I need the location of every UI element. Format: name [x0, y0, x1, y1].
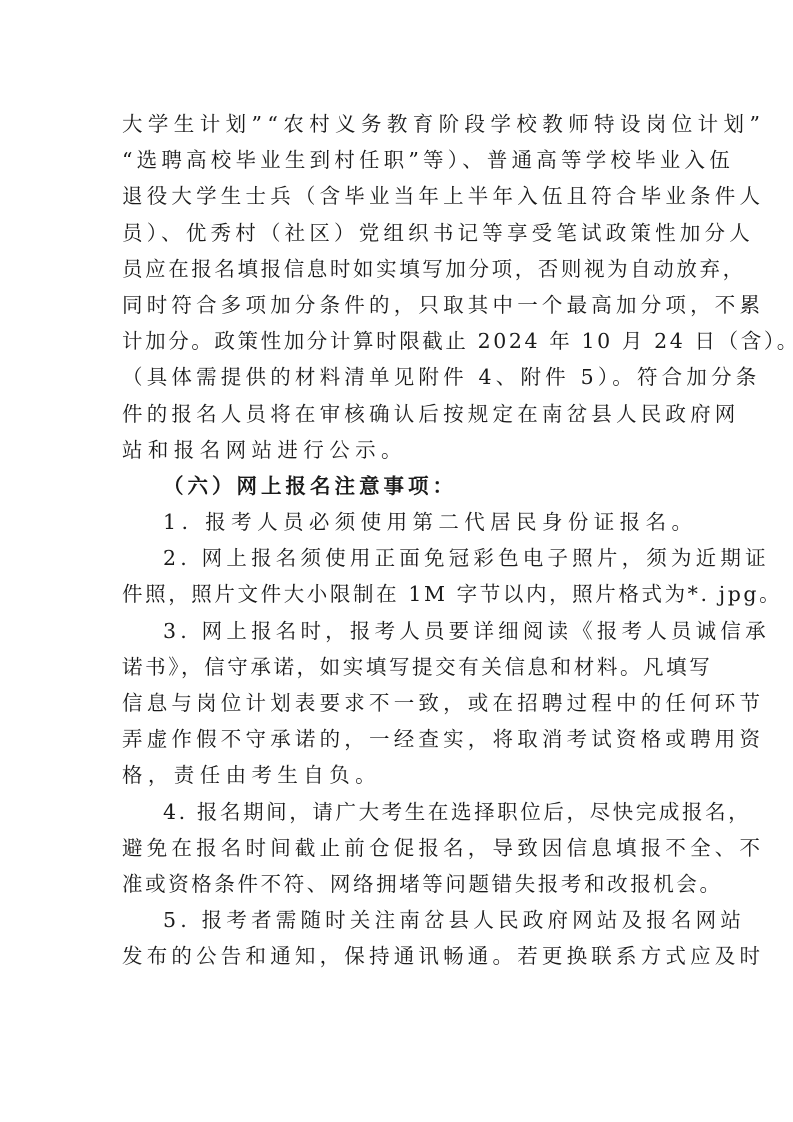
text-line: 5. 报考者需随时关注南岔县人民政府网站及报名网站 — [122, 902, 678, 938]
text-line: 件的报名人员将在审核确认后按规定在南岔县人民政府网 — [122, 396, 678, 432]
text-line: 退役大学生士兵（含毕业当年上半年入伍且符合毕业条件人 — [122, 178, 678, 214]
text-line: 弄虚作假不守承诺的，一经查实，将取消考试资格或聘用资 — [122, 721, 678, 757]
list-item-3: 3. 网上报名时，报考人员要详细阅读《报考人员诚信承 诺书》，信守承诺，如实填写… — [122, 613, 678, 794]
text-line: 计加分。政策性加分计算时限截止 2024 年 10 月 24 日（含）。 — [122, 323, 678, 359]
text-line: 员）、优秀村（社区）党组织书记等享受笔试政策性加分人 — [122, 215, 678, 251]
text-line: 2. 网上报名须使用正面免冠彩色电子照片，须为近期证 — [122, 540, 678, 576]
text-line: 准或资格条件不符、网络拥堵等问题错失报考和改报机会。 — [122, 866, 678, 902]
text-line: 避免在报名时间截止前仓促报名，导致因信息填报不全、不 — [122, 830, 678, 866]
list-item-2: 2. 网上报名须使用正面免冠彩色电子照片，须为近期证 件照，照片文件大小限制在 … — [122, 540, 678, 612]
document-body: 大学生计划”“农村义务教育阶段学校教师特设岗位计划” “选聘高校毕业生到村任职”… — [122, 106, 678, 975]
text-line: 发布的公告和通知，保持通讯畅通。若更换联系方式应及时 — [122, 938, 678, 974]
paragraph-bonus-points: 大学生计划”“农村义务教育阶段学校教师特设岗位计划” “选聘高校毕业生到村任职”… — [122, 106, 678, 468]
text-line: 站和报名网站进行公示。 — [122, 432, 678, 468]
text-line: 同时符合多项加分条件的，只取其中一个最高加分项，不累 — [122, 287, 678, 323]
section-heading: （六）网上报名注意事项： — [122, 468, 678, 504]
text-line: 件照，照片文件大小限制在 1M 字节以内，照片格式为*. jpg。 — [122, 576, 678, 612]
text-line: 诺书》，信守承诺，如实填写提交有关信息和材料。凡填写 — [122, 649, 678, 685]
list-item-5: 5. 报考者需随时关注南岔县人民政府网站及报名网站 发布的公告和通知，保持通讯畅… — [122, 902, 678, 974]
list-item-1: 1. 报考人员必须使用第二代居民身份证报名。 — [122, 504, 678, 540]
text-line: （具体需提供的材料清单见附件 4、附件 5）。符合加分条 — [122, 359, 678, 395]
text-line: 格，责任由考生自负。 — [122, 757, 678, 793]
list-item-4: 4. 报名期间，请广大考生在选择职位后，尽快完成报名， 避免在报名时间截止前仓促… — [122, 794, 678, 903]
text-line: “选聘高校毕业生到村任职”等）、普通高等学校毕业入伍 — [122, 142, 678, 178]
text-line: 信息与岗位计划表要求不一致，或在招聘过程中的任何环节 — [122, 685, 678, 721]
text-line: 大学生计划”“农村义务教育阶段学校教师特设岗位计划” — [122, 106, 678, 142]
document-page: 大学生计划”“农村义务教育阶段学校教师特设岗位计划” “选聘高校毕业生到村任职”… — [0, 0, 793, 1122]
text-line: 员应在报名填报信息时如实填写加分项，否则视为自动放弃， — [122, 251, 678, 287]
text-line: 1. 报考人员必须使用第二代居民身份证报名。 — [122, 504, 678, 540]
text-line: 3. 网上报名时，报考人员要详细阅读《报考人员诚信承 — [122, 613, 678, 649]
text-line: 4. 报名期间，请广大考生在选择职位后，尽快完成报名， — [122, 794, 678, 830]
